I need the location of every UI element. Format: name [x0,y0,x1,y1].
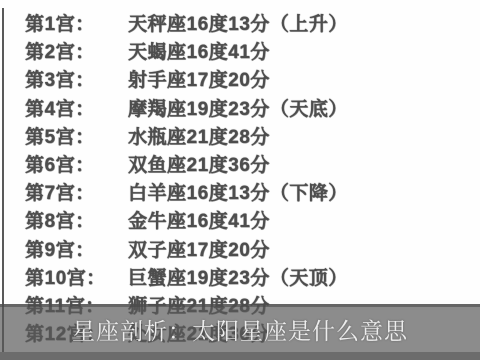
house-value: 双子座17度20分 [128,237,270,265]
house-row: 第7宫：白羊座16度13分（下降） [25,180,480,208]
house-label: 第7宫： [25,180,128,208]
house-row: 第4宫：摩羯座19度23分（天底） [25,96,480,124]
caption-text: 星座剖析：太阳星座是什么意思 [72,313,408,346]
house-label: 第1宫： [25,11,128,39]
house-value: 天秤座16度13分（上升） [128,11,348,39]
house-row: 第10宫：巨蟹座19度23分（天顶） [25,265,480,293]
house-label: 第10宫： [25,265,128,293]
page-root: 第1宫：天秤座16度13分（上升） 第2宫：天蝎座16度41分 第3宫：射手座1… [0,0,480,360]
house-label: 第3宫： [25,67,128,95]
caption-overlay: 星座剖析：太阳星座是什么意思 [0,304,480,352]
house-row: 第1宫：天秤座16度13分（上升） [25,11,480,39]
house-value: 双鱼座21度36分 [128,152,270,180]
house-label: 第6宫： [25,152,128,180]
house-list: 第1宫：天秤座16度13分（上升） 第2宫：天蝎座16度41分 第3宫：射手座1… [0,0,480,349]
house-value: 巨蟹座19度23分（天顶） [128,265,348,293]
house-row: 第6宫：双鱼座21度36分 [25,152,480,180]
house-value: 白羊座16度13分（下降） [128,180,348,208]
house-row: 第3宫：射手座17度20分 [25,67,480,95]
house-row: 第2宫：天蝎座16度41分 [25,39,480,67]
house-row: 第9宫：双子座17度20分 [25,237,480,265]
house-label: 第8宫： [25,208,128,236]
house-value: 摩羯座19度23分（天底） [128,96,348,124]
house-label: 第5宫： [25,124,128,152]
house-label: 第4宫： [25,96,128,124]
house-value: 射手座17度20分 [128,67,270,95]
house-label: 第2宫： [25,39,128,67]
house-label: 第9宫： [25,237,128,265]
footer-strip [0,352,480,360]
house-row: 第5宫：水瓶座21度28分 [25,124,480,152]
house-value: 金牛座16度41分 [128,208,270,236]
house-row: 第8宫：金牛座16度41分 [25,208,480,236]
house-value: 天蝎座16度41分 [128,39,270,67]
house-value: 水瓶座21度28分 [128,124,270,152]
